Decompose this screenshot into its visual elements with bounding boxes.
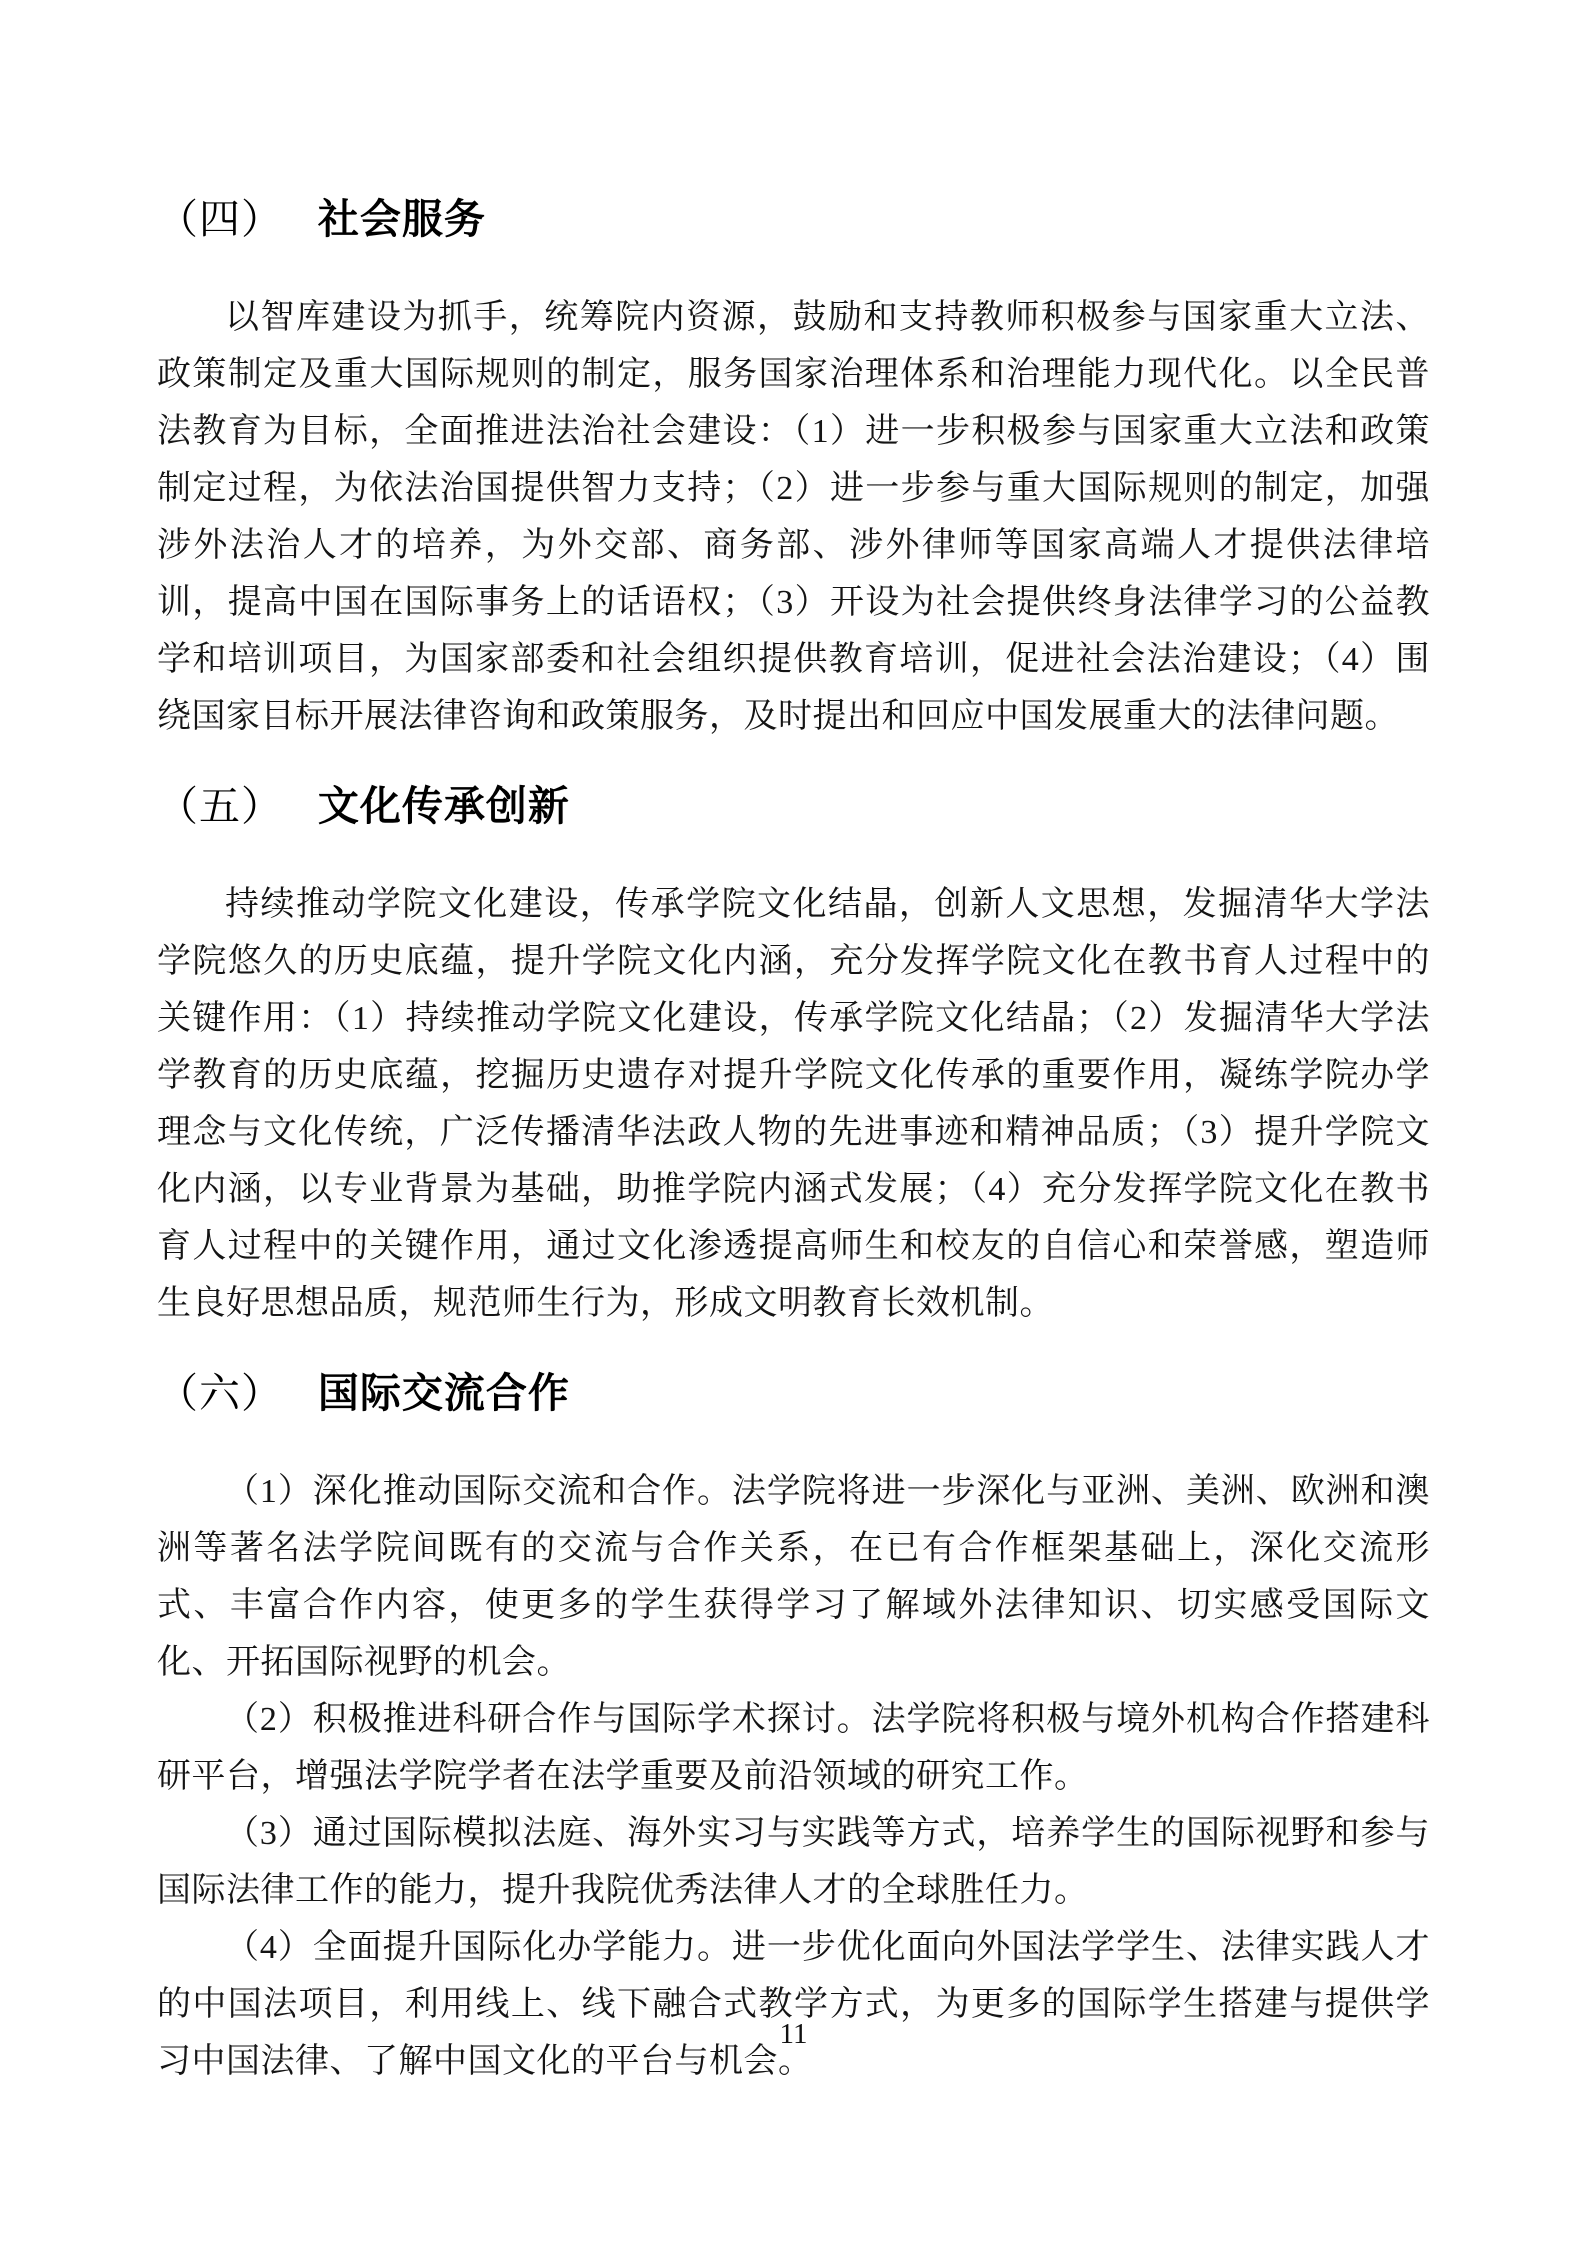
section-heading: （四）社会服务 xyxy=(157,196,1430,243)
section-number: （六） xyxy=(157,1370,283,1416)
paragraph: 以智库建设为抓手，统筹院内资源，鼓励和支持教师积极参与国家重大立法、政策制定及重… xyxy=(157,289,1430,745)
section-title: 文化传承创新 xyxy=(318,783,570,829)
page-number: 11 xyxy=(0,2018,1587,2051)
section-body: 以智库建设为抓手，统筹院内资源，鼓励和支持教师积极参与国家重大立法、政策制定及重… xyxy=(157,289,1430,745)
paragraph: （2）积极推进科研合作与国际学术探讨。法学院将积极与境外机构合作搭建科研平台，增… xyxy=(157,1691,1430,1805)
section-social-service: （四）社会服务 以智库建设为抓手，统筹院内资源，鼓励和支持教师积极参与国家重大立… xyxy=(157,196,1430,745)
section-title: 社会服务 xyxy=(318,196,486,242)
section-title: 国际交流合作 xyxy=(318,1370,570,1416)
paragraph: （3）通过国际模拟法庭、海外实习与实践等方式，培养学生的国际视野和参与国际法律工… xyxy=(157,1805,1430,1919)
section-body: （1）深化推动国际交流和合作。法学院将进一步深化与亚洲、美洲、欧洲和澳洲等著名法… xyxy=(157,1463,1430,2090)
section-body: 持续推动学院文化建设，传承学院文化结晶，创新人文思想，发掘清华大学法学院悠久的历… xyxy=(157,876,1430,1332)
document-page: （四）社会服务 以智库建设为抓手，统筹院内资源，鼓励和支持教师积极参与国家重大立… xyxy=(0,0,1587,2245)
section-heading: （五）文化传承创新 xyxy=(157,783,1430,830)
section-heading: （六）国际交流合作 xyxy=(157,1370,1430,1417)
section-international-exchange: （六）国际交流合作 （1）深化推动国际交流和合作。法学院将进一步深化与亚洲、美洲… xyxy=(157,1370,1430,2090)
section-number: （四） xyxy=(157,196,283,242)
section-culture-heritage: （五）文化传承创新 持续推动学院文化建设，传承学院文化结晶，创新人文思想，发掘清… xyxy=(157,783,1430,1332)
section-number: （五） xyxy=(157,783,283,829)
paragraph: 持续推动学院文化建设，传承学院文化结晶，创新人文思想，发掘清华大学法学院悠久的历… xyxy=(157,876,1430,1332)
paragraph: （1）深化推动国际交流和合作。法学院将进一步深化与亚洲、美洲、欧洲和澳洲等著名法… xyxy=(157,1463,1430,1691)
paragraph: （4）全面提升国际化办学能力。进一步优化面向外国法学学生、法律实践人才的中国法项… xyxy=(157,1919,1430,2090)
